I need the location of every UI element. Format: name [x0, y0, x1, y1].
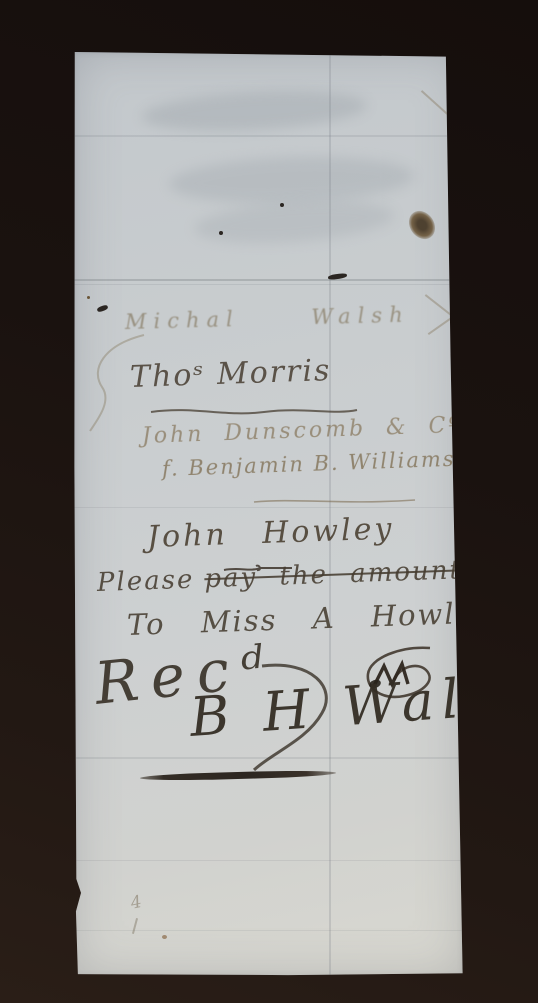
- crease-line: [74, 284, 463, 285]
- heavy-ink-bar: [140, 769, 336, 781]
- endorsement-line-4: f. Benjamin B. Williams.: [162, 446, 465, 481]
- ink-blotch: [404, 206, 441, 244]
- showthrough-print-ghost: [141, 86, 368, 136]
- crease-line: [74, 860, 463, 861]
- ink-speck: [280, 203, 284, 207]
- payment-instruction-line: Pleasepay the amount: [96, 555, 462, 598]
- payee-line: John Howley: [146, 511, 395, 555]
- endorsement-line-2: Thoˢ Morris: [129, 353, 332, 395]
- endorsement-line-1: Michal Walsh: [125, 303, 410, 334]
- underline-flourish: [252, 495, 417, 507]
- instruction-prefix: Please: [96, 565, 194, 598]
- scratch-mark: [421, 90, 467, 131]
- fold-line: [74, 279, 463, 281]
- showthrough-print-ghost: [168, 153, 414, 208]
- ink-speck-cluster: [96, 304, 108, 312]
- instruction-struck-text: pay the amount: [204, 555, 463, 594]
- pencil-note: 4: [129, 892, 144, 914]
- endorsement-line-3: John Dunscomb & Cº: [142, 413, 463, 449]
- underline-flourish: [149, 404, 359, 418]
- paper-sheet: Michal Walsh Thoˢ Morris John Dunscomb &…: [74, 52, 463, 976]
- ink-speck: [87, 296, 90, 299]
- crease-line: [74, 507, 463, 508]
- crease-line: [74, 135, 463, 137]
- brown-dot: [162, 935, 167, 939]
- photo-of-document: { "colors": { "background": "#1b120e", "…: [0, 0, 538, 1003]
- pay-to-line: To Miss A Howley: [126, 595, 493, 642]
- ink-speck: [219, 231, 223, 235]
- pencil-stroke: [132, 918, 138, 934]
- ink-dash-mark: [328, 273, 348, 281]
- showthrough-writing-ghost: [193, 195, 395, 249]
